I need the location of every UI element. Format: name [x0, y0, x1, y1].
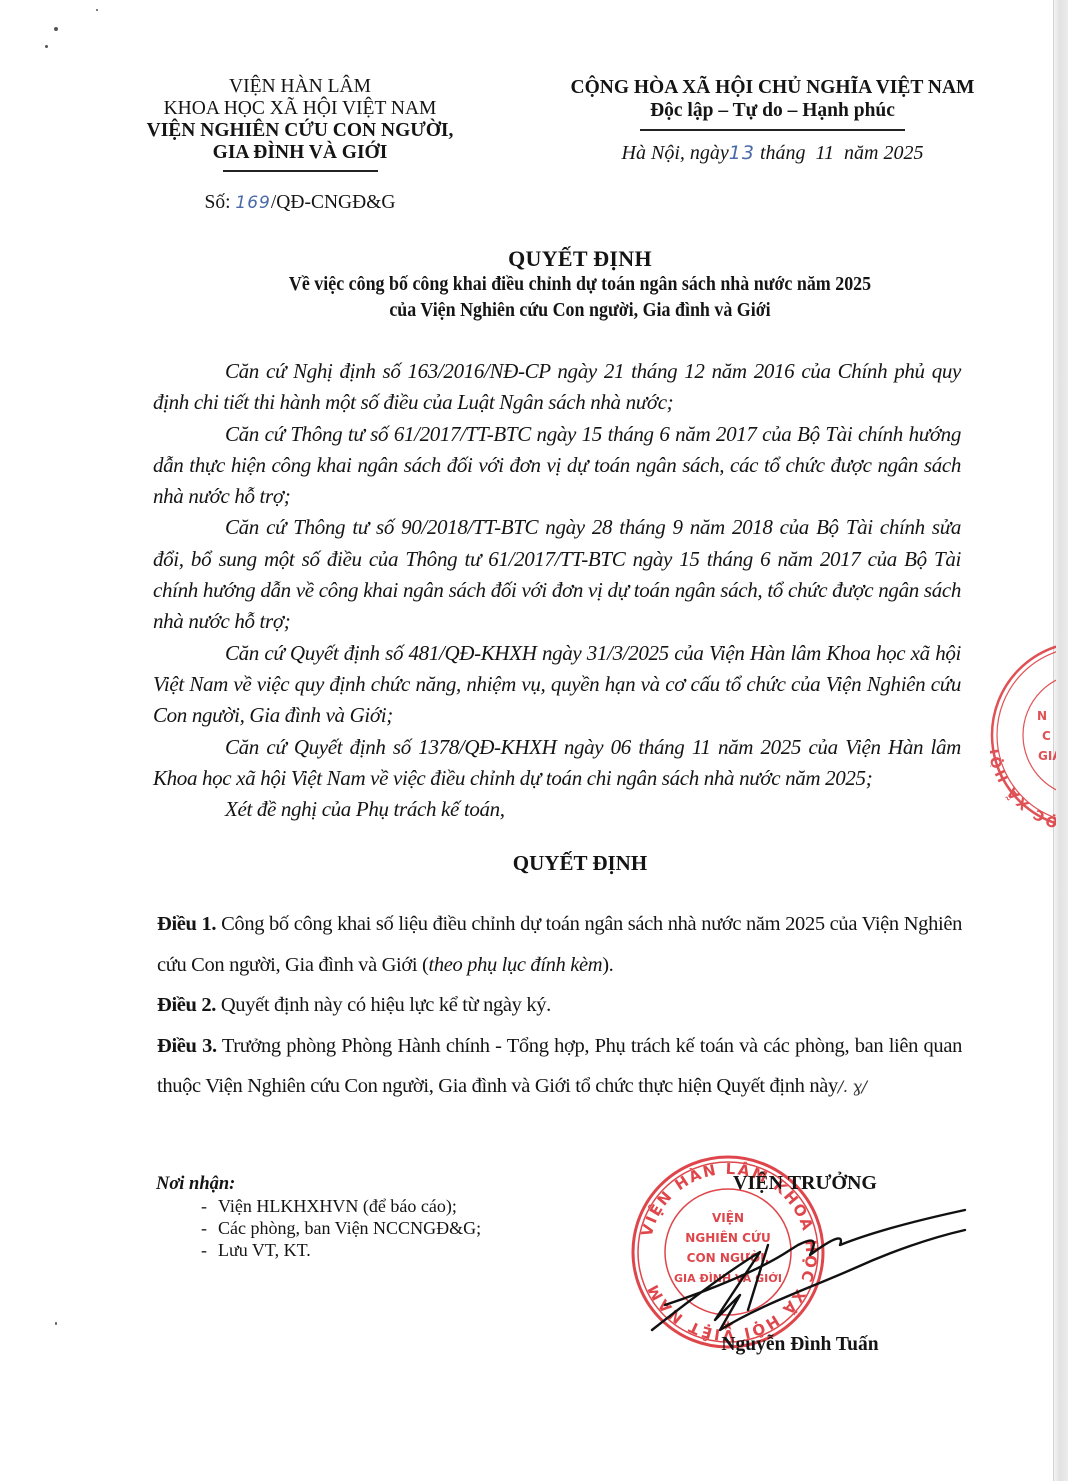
agency-line-1: VIỆN HÀN LÂM: [125, 76, 475, 98]
article-label: Điều 2.: [157, 994, 216, 1016]
national-motto: Độc lập – Tự do – Hạnh phúc: [540, 99, 1005, 122]
article-tail: ).: [602, 954, 613, 976]
recipient-item: Các phòng, ban Viện NCCNGĐ&G;: [156, 1217, 576, 1239]
article-3: Điều 3. Trưởng phòng Phòng Hành chính - …: [157, 1026, 962, 1108]
handwritten-initials: /. ɣ/: [838, 1077, 867, 1096]
title-heading: QUYẾT ĐỊNH: [130, 246, 1030, 272]
article-italic: theo phụ lục đính kèm: [429, 954, 603, 976]
scan-speck: [96, 9, 98, 11]
title-subject-2: của Viện Nghiên cứu Con người, Gia đình …: [166, 298, 994, 324]
agency-line-2: KHOA HỌC XÃ HỘI VIỆT NAM: [125, 98, 475, 120]
legal-basis-item: Căn cứ Nghị định số 163/2016/NĐ-CP ngày …: [153, 356, 961, 419]
issue-date: Hà Nội, ngày13 tháng 11 năm 2025: [540, 142, 1005, 165]
nation-name: CỘNG HÒA XÃ HỘI CHỦ NGHĨA VIỆT NAM: [540, 76, 1005, 99]
recipient-item: Viện HLKHXHVN (để báo cáo);: [156, 1195, 576, 1217]
recipients-list: Viện HLKHXHVN (để báo cáo); Các phòng, b…: [156, 1195, 576, 1261]
issuing-agency-block: VIỆN HÀN LÂM KHOA HỌC XÃ HỘI VIỆT NAM VI…: [125, 76, 475, 214]
document-number: Số: 169/QĐ-CNGĐ&G: [125, 192, 475, 214]
recipients-block: Nơi nhận: Viện HLKHXHVN (để báo cáo); Cá…: [156, 1173, 576, 1261]
handwritten-signature: [640, 1200, 970, 1340]
document-title: QUYẾT ĐỊNH Về việc công bố công khai điề…: [130, 246, 1030, 324]
articles: Điều 1. Công bố công khai số liệu điều c…: [157, 904, 962, 1108]
scan-speck: [45, 45, 48, 48]
number-prefix: Số:: [205, 192, 236, 213]
svg-text:N: N: [1037, 709, 1047, 723]
article-label: Điều 1.: [157, 913, 216, 935]
date-prefix: Hà Nội, ngày: [622, 142, 729, 164]
svg-text:C: C: [1042, 729, 1051, 743]
agency-line-4: GIA ĐÌNH VÀ GIỚI: [125, 142, 475, 164]
handwritten-number: 169: [235, 193, 270, 213]
legal-basis-item: Xét đề nghị của Phụ trách kế toán,: [153, 794, 961, 825]
margin-seal: VIỆN HÀN LÂM KHOA HỌC XÃ HỘI VIỆT NAM N …: [990, 640, 1056, 830]
national-header-block: CỘNG HÒA XÃ HỘI CHỦ NGHĨA VIỆT NAM Độc l…: [540, 76, 1005, 165]
handwritten-day: 13: [729, 142, 755, 164]
number-suffix: /QĐ-CNGĐ&G: [271, 192, 396, 213]
title-subject-1: Về việc công bố công khai điều chỉnh dự …: [166, 272, 994, 298]
svg-text:GIA: GIA: [1038, 749, 1056, 763]
article-1: Điều 1. Công bố công khai số liệu điều c…: [157, 904, 962, 985]
agency-underline: [223, 170, 378, 172]
article-2: Điều 2. Quyết định này có hiệu lực kể từ…: [157, 985, 962, 1026]
legal-basis-item: Căn cứ Thông tư số 90/2018/TT-BTC ngày 2…: [153, 512, 961, 637]
article-text: Quyết định này có hiệu lực kể từ ngày ký…: [216, 994, 551, 1016]
agency-line-3: VIỆN NGHIÊN CỨU CON NGƯỜI,: [125, 120, 475, 142]
signatory-title: VIỆN TRƯỞNG: [700, 1172, 910, 1195]
recipient-item: Lưu VT, KT.: [156, 1239, 576, 1261]
legal-basis-item: Căn cứ Quyết định số 481/QĐ-KHXH ngày 31…: [153, 638, 961, 732]
recipients-heading: Nơi nhận:: [156, 1173, 576, 1195]
signatory-name: Nguyễn Đình Tuấn: [700, 1334, 900, 1356]
scan-speck: [54, 27, 58, 31]
legal-basis-item: Căn cứ Quyết định số 1378/QĐ-KHXH ngày 0…: [153, 732, 961, 795]
decision-heading: QUYẾT ĐỊNH: [130, 851, 1030, 876]
legal-basis: Căn cứ Nghị định số 163/2016/NĐ-CP ngày …: [153, 356, 961, 825]
legal-basis-item: Căn cứ Thông tư số 61/2017/TT-BTC ngày 1…: [153, 419, 961, 513]
date-suffix: tháng 11 năm 2025: [755, 142, 924, 164]
article-label: Điều 3.: [157, 1035, 217, 1057]
scan-speck: [55, 1322, 57, 1325]
motto-underline: [640, 129, 905, 131]
